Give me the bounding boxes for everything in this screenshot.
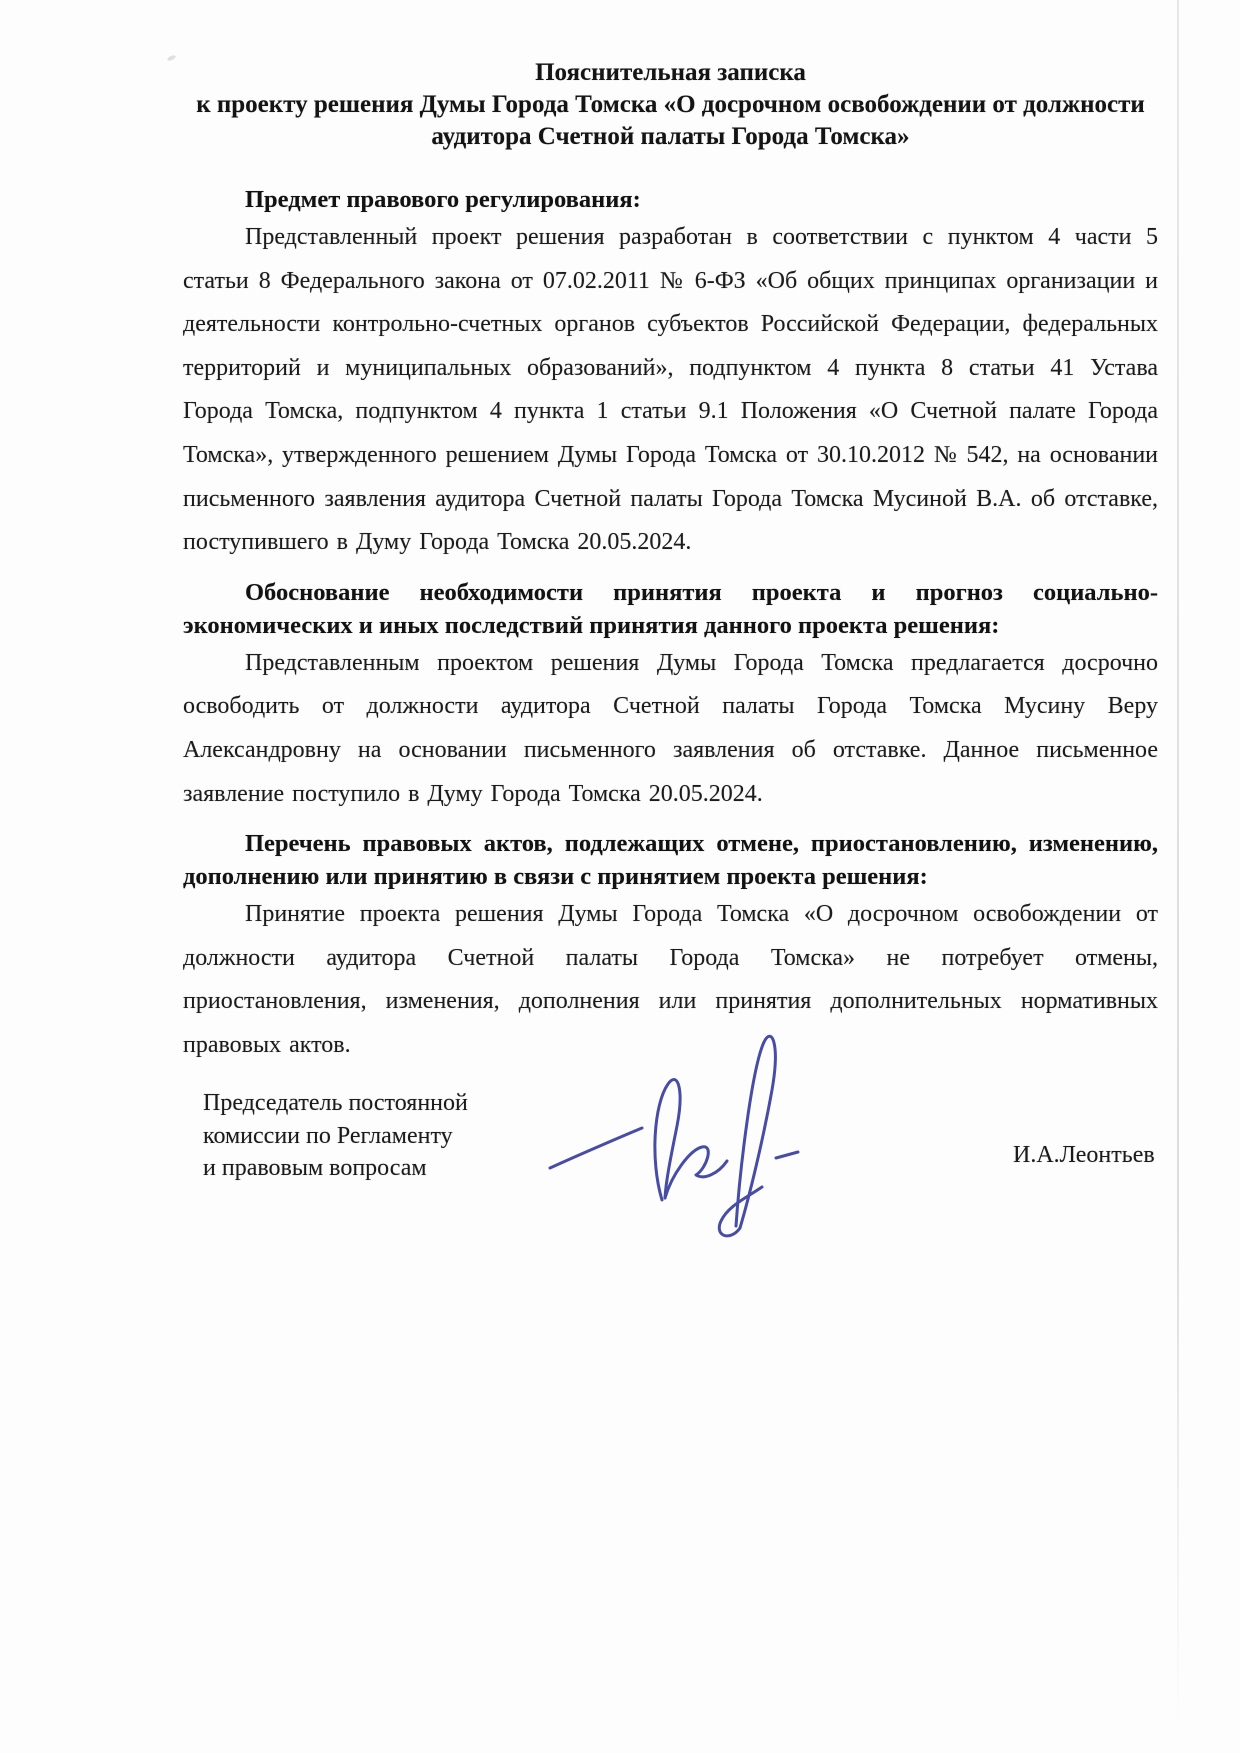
section-heading-justification: Обоснование необходимости принятия проек…: [183, 576, 1158, 642]
section-paragraph-justification: Представленным проектом решения Думы Гор…: [183, 642, 1158, 816]
signer-name: И.А.Леонтьев: [1013, 1142, 1155, 1169]
document-page: Пояснительная записка к проекту решения …: [0, 0, 1240, 1753]
signer-position: Председатель постоянной комиссии по Регл…: [203, 1087, 468, 1185]
section-heading-subject: Предмет правового регулирования:: [183, 183, 1158, 216]
document-title: Пояснительная записка: [535, 59, 806, 86]
signature-ink: [538, 1028, 850, 1240]
scan-edge-artifact: [1177, 0, 1179, 1732]
signer-position-line-1: Председатель постоянной: [203, 1087, 468, 1120]
document-body: Пояснительная записка к проекту решения …: [183, 57, 1158, 1068]
section-paragraph-subject: Представленный проект решения разработан…: [183, 216, 1158, 565]
document-subtitle: к проекту решения Думы Города Томска «О …: [183, 89, 1158, 153]
section-heading-acts-list: Перечень правовых актов, подлежащих отме…: [183, 827, 1158, 893]
signer-position-line-3: и правовым вопросам: [203, 1152, 468, 1185]
document-title-block: Пояснительная записка к проекту решения …: [183, 57, 1158, 153]
signature-strokes: [550, 1036, 798, 1236]
scan-speck: [167, 54, 177, 61]
signer-position-line-2: комиссии по Регламенту: [203, 1120, 468, 1153]
